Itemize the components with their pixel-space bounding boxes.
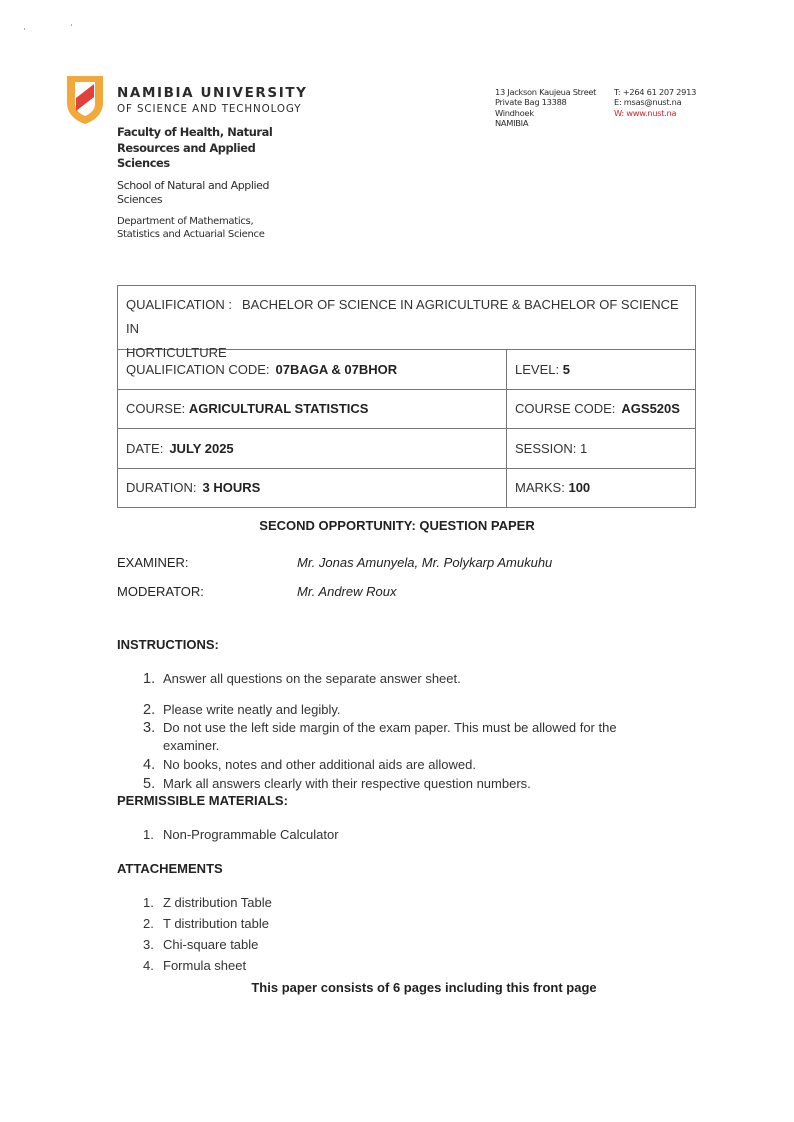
attachments-heading: ATTACHEMENTS — [117, 861, 223, 876]
university-shield-logo-icon — [64, 73, 106, 125]
attachment-item: 2.T distribution table — [143, 916, 269, 931]
course-code-value: AGS520S — [621, 401, 680, 416]
qualification-code-value: 07BAGA & 07BHOR — [276, 362, 398, 377]
marks-value: 100 — [568, 480, 590, 495]
level-label: LEVEL: — [515, 362, 559, 377]
school-name: School of Natural and Applied Sciences — [117, 179, 287, 206]
moderator-value: Mr. Andrew Roux — [297, 584, 396, 599]
website-link[interactable]: W: www.nust.na — [614, 108, 696, 118]
scan-speck — [24, 28, 25, 30]
instruction-item: 4.No books, notes and other additional a… — [143, 757, 476, 773]
attachment-item: 4.Formula sheet — [143, 958, 246, 973]
examiner-label: EXAMINER: — [117, 555, 189, 570]
postal-address: 13 Jackson Kaujeua Street Private Bag 13… — [495, 87, 596, 129]
department-name: Department of Mathematics, Statistics an… — [117, 215, 297, 241]
marks-label: MARKS: — [515, 480, 565, 495]
date-value: JULY 2025 — [169, 441, 233, 456]
date-label: DATE: — [126, 441, 163, 456]
contact-details: T: +264 61 207 2913 E: msas@nust.na W: w… — [614, 87, 696, 118]
instruction-item-continuation: examiner. — [163, 738, 219, 753]
qualification-row: QUALIFICATION :BACHELOR OF SCIENCE IN AG… — [118, 286, 695, 349]
permissible-materials-heading: PERMISSIBLE MATERIALS: — [117, 793, 288, 808]
university-name: NAMIBIA UNIVERSITY — [117, 85, 308, 101]
address-line: 13 Jackson Kaujeua Street — [495, 87, 596, 97]
date-row: DATE:JULY 2025 SESSION: 1 — [118, 428, 695, 468]
session-label: SESSION: — [515, 441, 576, 456]
faculty-name: Faculty of Health, Natural Resources and… — [117, 125, 287, 172]
qualification-code-row: QUALIFICATION CODE:07BAGA & 07BHOR LEVEL… — [118, 349, 695, 389]
examiner-value: Mr. Jonas Amunyela, Mr. Polykarp Amukuhu — [297, 555, 552, 570]
attachment-item: 3.Chi-square table — [143, 937, 258, 952]
university-subtitle: OF SCIENCE AND TECHNOLOGY — [117, 103, 301, 115]
instructions-heading: INSTRUCTIONS: — [117, 637, 219, 652]
instruction-item: 2.Please write neatly and legibly. — [143, 702, 341, 718]
course-row: COURSE: AGRICULTURAL STATISTICS COURSE C… — [118, 389, 695, 429]
address-line: NAMIBIA — [495, 118, 596, 128]
course-label: COURSE: — [126, 401, 185, 416]
address-line: Private Bag 13388 — [495, 97, 596, 107]
qualification-label: QUALIFICATION : — [126, 297, 232, 312]
instruction-item: 5.Mark all answers clearly with their re… — [143, 776, 531, 792]
course-value: AGRICULTURAL STATISTICS — [189, 401, 369, 416]
duration-row: DURATION:3 HOURS MARKS: 100 — [118, 468, 695, 508]
email-address: E: msas@nust.na — [614, 97, 696, 107]
duration-value: 3 HOURS — [203, 480, 261, 495]
course-info-table: QUALIFICATION :BACHELOR OF SCIENCE IN AG… — [117, 285, 696, 508]
page-count-note: This paper consists of 6 pages including… — [0, 980, 794, 995]
moderator-label: MODERATOR: — [117, 584, 204, 599]
permissible-item: 1.Non-Programmable Calculator — [143, 827, 339, 842]
phone-number: T: +264 61 207 2913 — [614, 87, 696, 97]
instruction-item: 3.Do not use the left side margin of the… — [143, 720, 617, 736]
paper-type-heading: SECOND OPPORTUNITY: QUESTION PAPER — [0, 518, 794, 533]
duration-label: DURATION: — [126, 480, 197, 495]
address-line: Windhoek — [495, 108, 596, 118]
scan-speck — [71, 24, 72, 26]
attachment-item: 1.Z distribution Table — [143, 895, 272, 910]
instruction-item: 1.Answer all questions on the separate a… — [143, 671, 461, 687]
qualification-code-label: QUALIFICATION CODE: — [126, 362, 270, 377]
session-value: 1 — [580, 441, 587, 456]
level-value: 5 — [563, 362, 570, 377]
course-code-label: COURSE CODE: — [515, 401, 615, 416]
